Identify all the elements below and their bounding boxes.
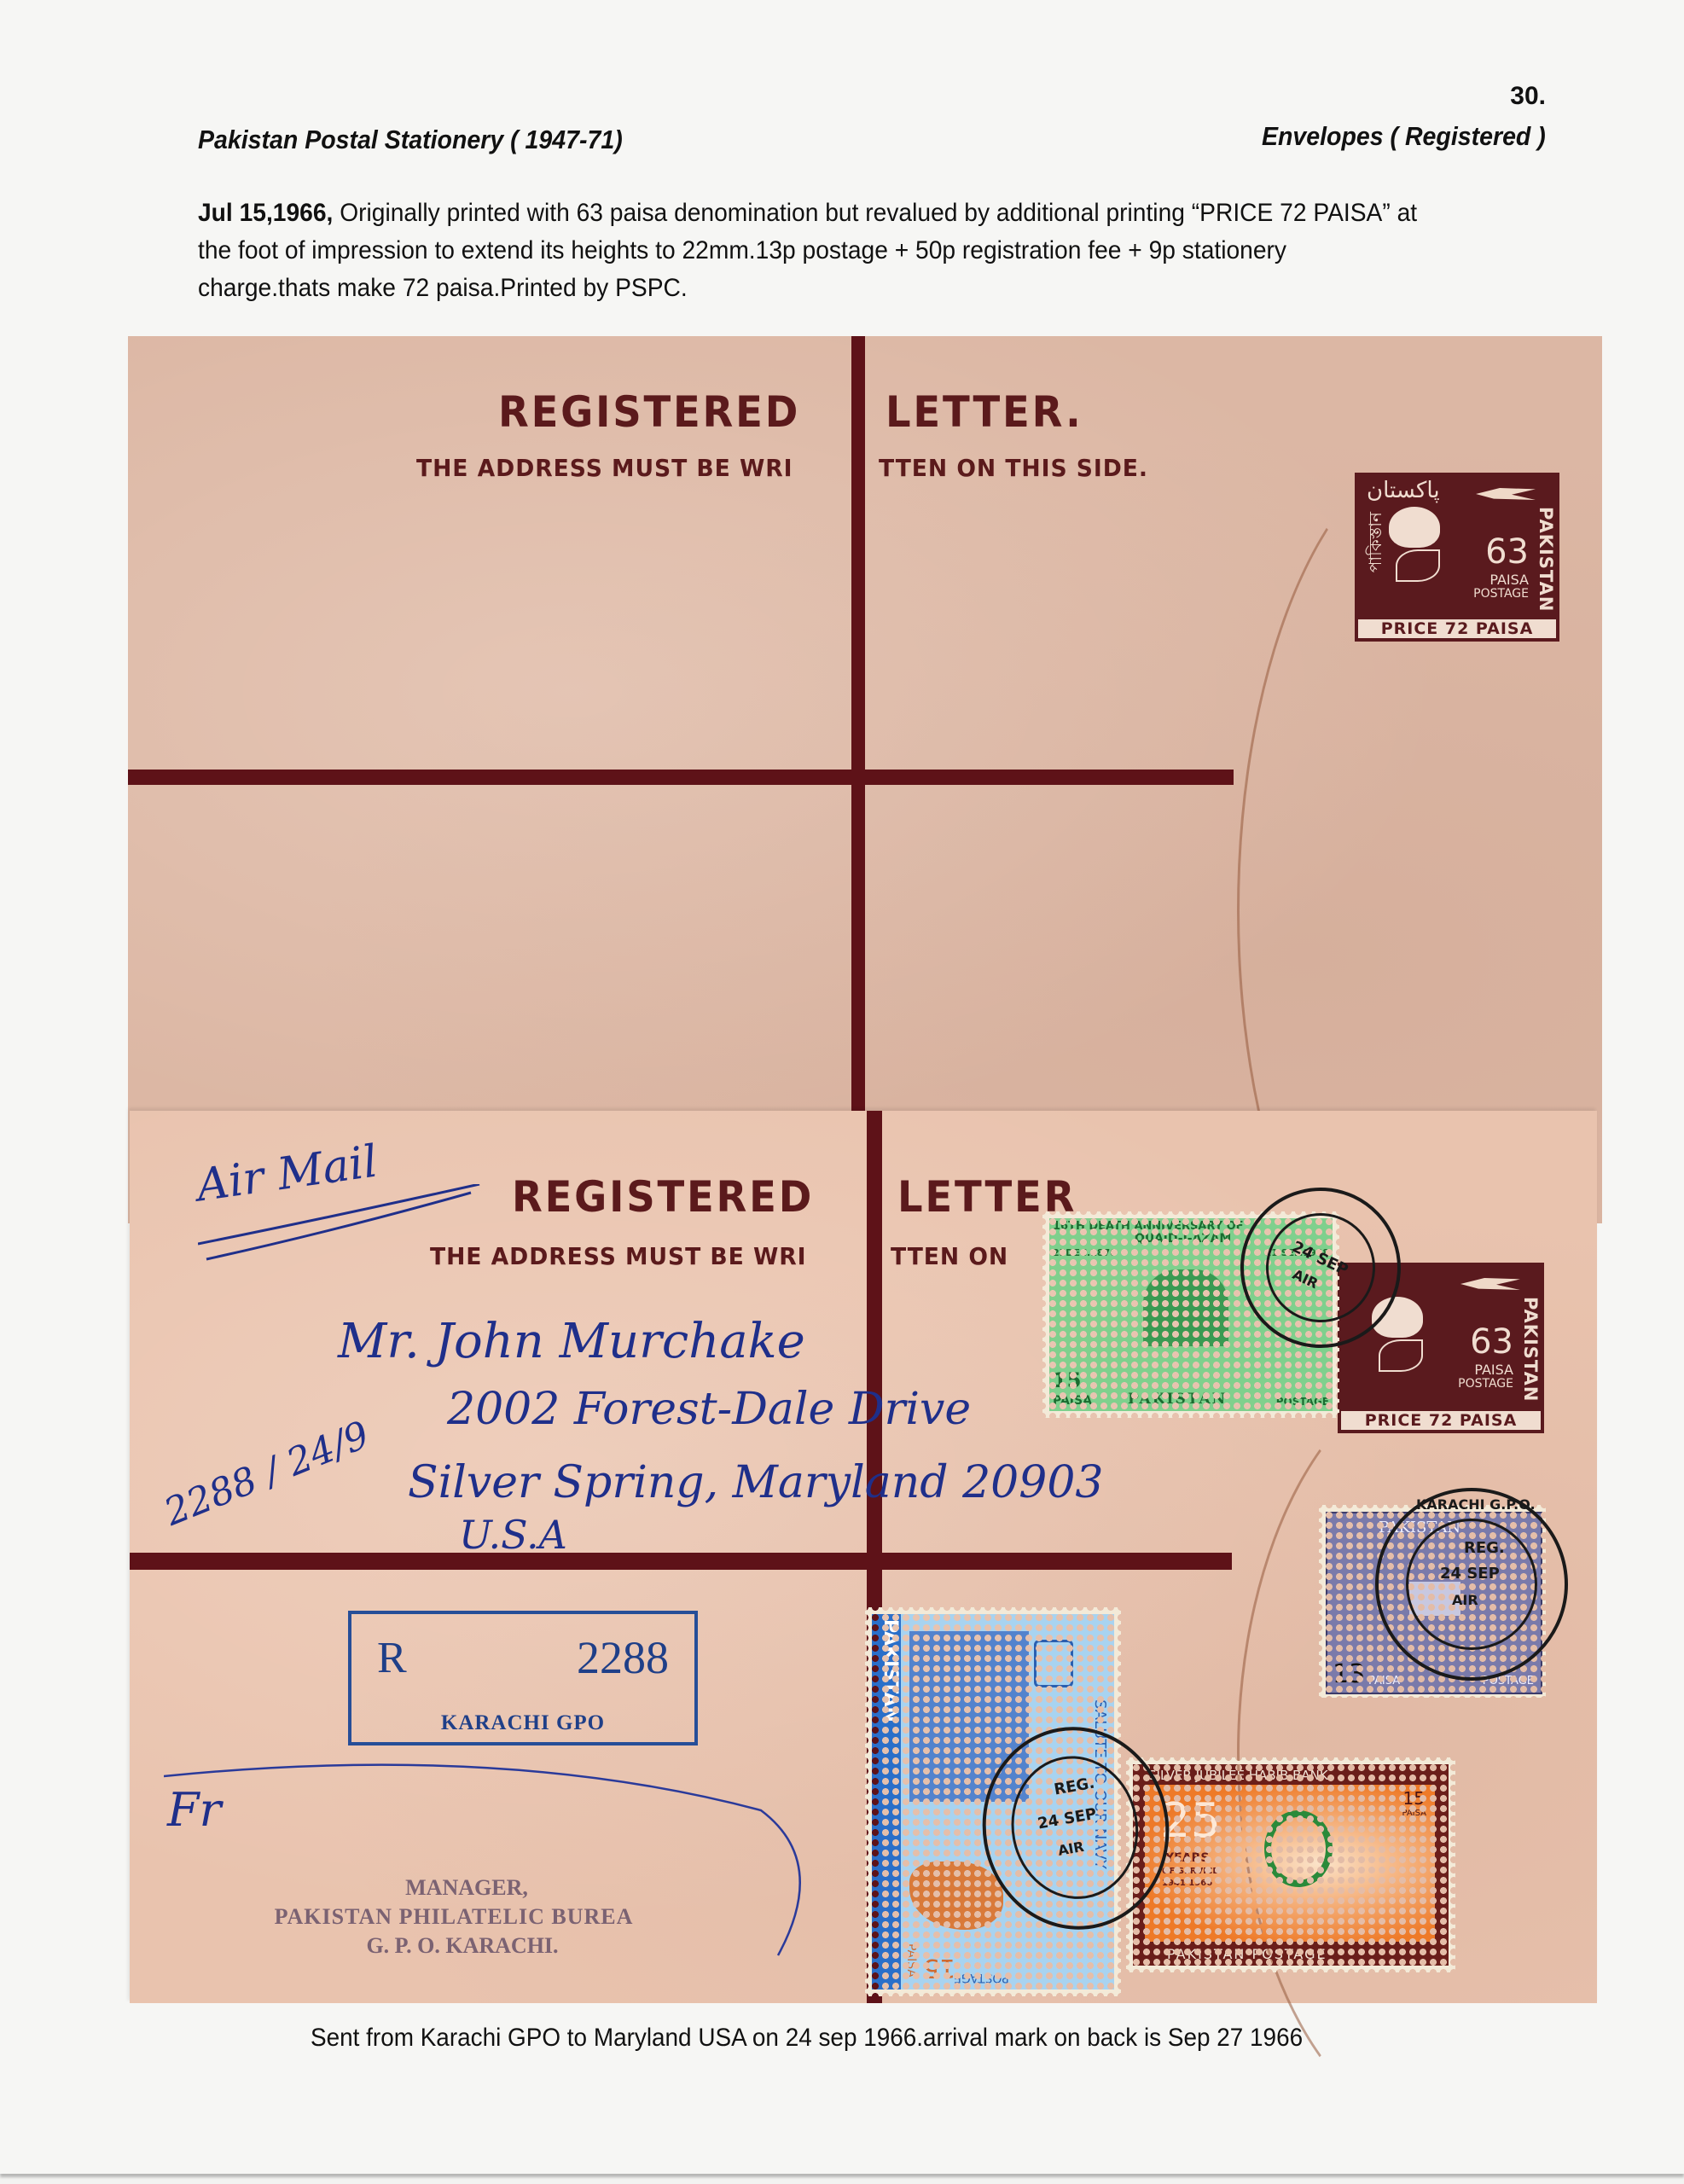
stamp-value: 15: [1403, 1788, 1425, 1809]
address-line-2: 2002 Forest-Dale Drive: [447, 1384, 971, 1435]
urdu-country-name: پاکستان: [1367, 478, 1440, 503]
leaf-icon: [1379, 1339, 1423, 1372]
airplane-icon: [1460, 1278, 1520, 1290]
album-page: 30. Pakistan Postal Stationery ( 1947-71…: [0, 0, 1684, 2174]
registration-label: R 2288 KARACHI GPO: [348, 1611, 698, 1745]
stamp-unit: PAISA: [1053, 1394, 1092, 1408]
registration-line-horizontal: [130, 1553, 1232, 1570]
mausoleum-icon: [1143, 1269, 1228, 1346]
indicium-postage: POSTAGE: [1458, 1377, 1513, 1391]
stamp-top-text: SILVER JUBILEE HABIB BANK: [1148, 1768, 1328, 1783]
address-instruction-right: TTEN ON THIS SIDE.: [879, 454, 1148, 482]
price-overprint: PRICE 72 PAISA: [1341, 1411, 1541, 1430]
registration-letter: R: [377, 1633, 407, 1683]
indicium-postage: POSTAGE: [1473, 587, 1529, 601]
stamp-country: PAKISTAN: [1128, 1391, 1227, 1408]
sender-cachet: MANAGER, PAKISTAN PHILATELIC BUREA G. P.…: [198, 1875, 710, 1959]
address-line-3: Silver Spring, Maryland 20903: [408, 1457, 1104, 1508]
stamp-panel: 25 YEARS OF SERVICE 1941 1966 15 PAISA: [1145, 1785, 1435, 1942]
flag-map-icon: [909, 1862, 1003, 1930]
stamp-postage: POSTAGE: [1276, 1396, 1329, 1408]
stamp-unit: PAISA: [1402, 1809, 1426, 1818]
registered-letter-title-right: LETTER.: [886, 387, 1083, 437]
sender-line-3: G. P. O. KARACHI.: [198, 1933, 710, 1959]
stamp-unit: PAISA: [1368, 1675, 1400, 1687]
description: Jul 15,1966, Originally printed with 63 …: [198, 195, 1425, 307]
registration-number-note: 2288 / 24/9: [159, 1413, 375, 1534]
page-number: 30.: [1510, 82, 1546, 111]
stamp-habib-bank-jubilee: SILVER JUBILEE HABIB BANK 25 YEARS OF SE…: [1126, 1757, 1455, 1972]
stamp-years-text: YEARS: [1165, 1851, 1209, 1865]
unused-envelope: REGISTERED LETTER. THE ADDRESS MUST BE W…: [128, 336, 1602, 1223]
stamp-unit: PAISA: [904, 1943, 918, 1978]
indicium-denomination: 63: [1470, 1322, 1513, 1362]
navy-crest-icon: [1034, 1640, 1073, 1687]
registration-line-horizontal: [128, 770, 1234, 785]
stamp-subtitle: QUAID-I-AZAM: [1135, 1232, 1231, 1246]
page-caption: Sent from Karachi GPO to Maryland USA on…: [311, 2024, 1303, 2053]
sender-line-1: MANAGER,: [198, 1875, 710, 1901]
stamp-country: PAKISTAN: [872, 1614, 901, 1989]
indicium-country: PAKISTAN: [1520, 1297, 1541, 1402]
indicium-unit: PAISA: [1474, 1362, 1513, 1378]
description-date: Jul 15,1966,: [198, 199, 333, 227]
indicium-country: PAKISTAN: [1536, 507, 1556, 612]
stamp-years: 25: [1160, 1793, 1221, 1849]
series-title: Pakistan Postal Stationery ( 1947-71): [198, 125, 623, 155]
stamp-value: 15: [923, 1953, 955, 1983]
stamp-service-text: OF SERVICE: [1162, 1867, 1218, 1876]
registration-office: KARACHI GPO: [351, 1711, 694, 1735]
address-line-4: U.S.A: [459, 1512, 567, 1558]
signature: Fr: [167, 1783, 221, 1837]
bengali-country-name: পাকিস্তান: [1362, 512, 1390, 572]
stamp-top-text: 16TH DEATH ANNIVERSARY OF: [1053, 1220, 1244, 1233]
postmark-karachi-2: KARACHI G.P.O. REG. 24 SEP AIR: [1375, 1488, 1568, 1681]
leaf-icon: [1396, 549, 1440, 582]
cotton-flower-icon: [1389, 507, 1440, 548]
registered-letter-title-left: REGISTERED: [512, 1172, 814, 1222]
stamp-value: 13: [1333, 1659, 1365, 1689]
address-instruction-left: THE ADDRESS MUST BE WRI: [416, 454, 793, 482]
used-envelope: Air Mail REGISTERED LETTER THE ADDRESS M…: [130, 1111, 1597, 2003]
address-line-1: Mr. John Murchake: [338, 1314, 805, 1369]
indicium-unit: PAISA: [1489, 572, 1529, 588]
price-overprint: PRICE 72 PAISA: [1358, 619, 1556, 638]
stamp-service-years: 1941 1966: [1162, 1879, 1212, 1888]
registration-number: 2288: [577, 1631, 669, 1684]
habib-bank-emblem-icon: [1264, 1810, 1333, 1887]
stamp-postage: POSTAGE: [954, 1971, 1009, 1984]
indicium-denomination: 63: [1485, 532, 1529, 572]
address-instruction-right: TTEN ON: [891, 1242, 1008, 1270]
stamp-value: 15: [1053, 1368, 1081, 1392]
stamp-bottom-text: PAKISTAN POSTAGE: [1167, 1946, 1327, 1962]
imprinted-stamp-indicium: پاکستان পাকিস্তান PAKISTAN 63 PAISA POST…: [1355, 473, 1559, 642]
sender-line-2: PAKISTAN PHILATELIC BUREA: [198, 1904, 710, 1930]
stamp-date-left: 25DEC.1876: [1053, 1247, 1117, 1258]
airplane-icon: [1476, 488, 1536, 500]
registered-letter-title-left: REGISTERED: [498, 387, 800, 437]
address-instruction-left: THE ADDRESS MUST BE WRI: [430, 1242, 807, 1270]
section-title: Envelopes ( Registered ): [1262, 121, 1546, 152]
description-text: Originally printed with 63 paisa denomin…: [198, 199, 1417, 302]
